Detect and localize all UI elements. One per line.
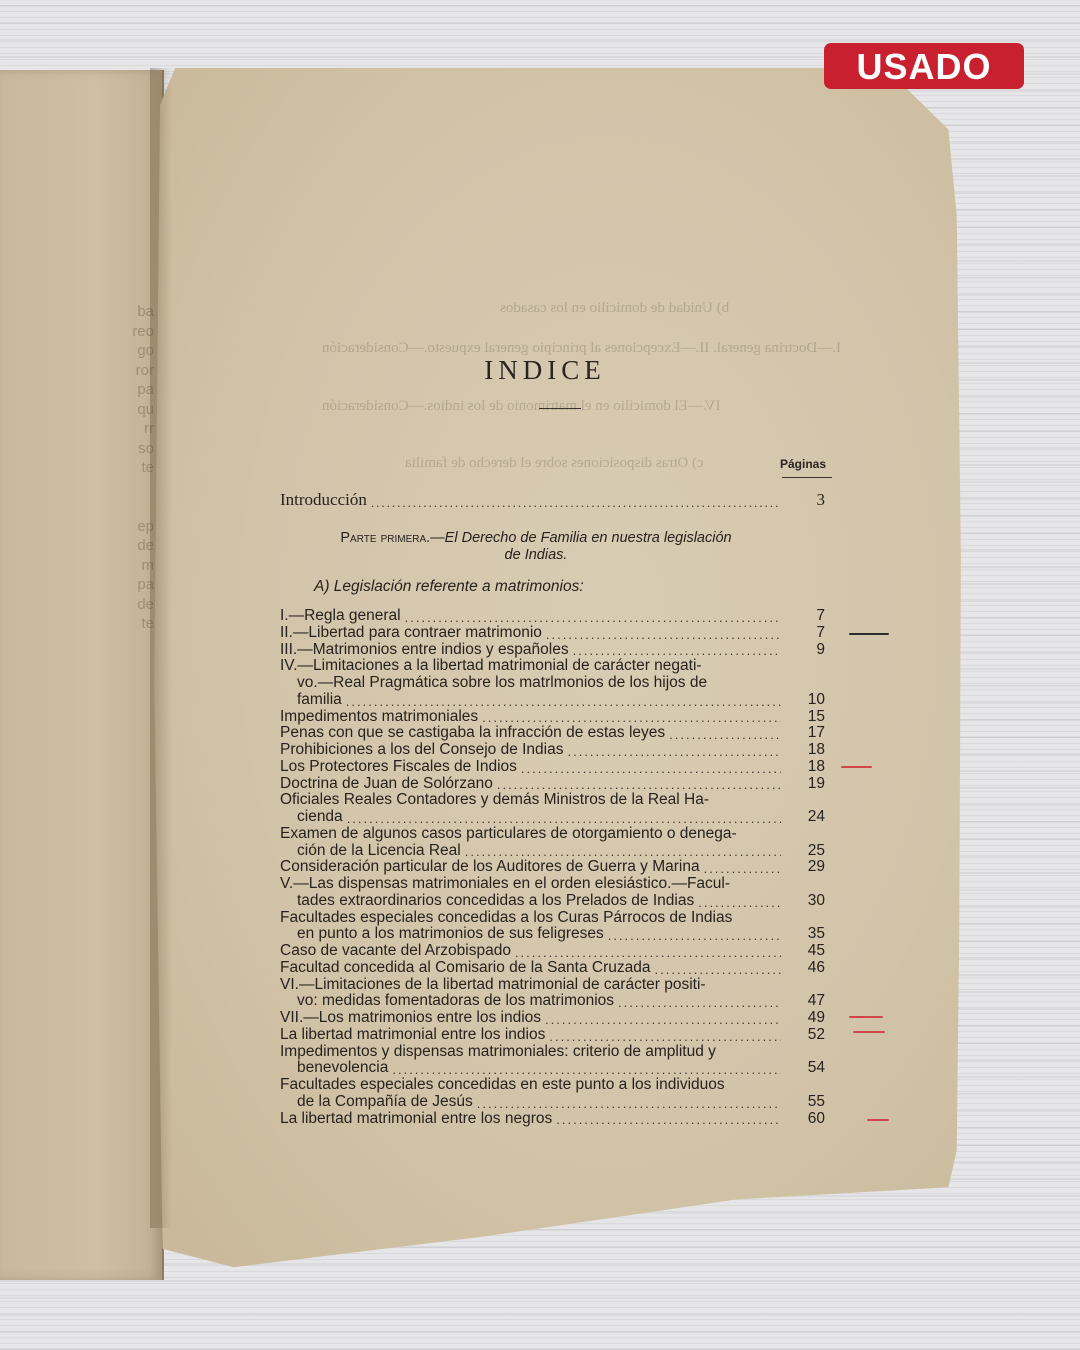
- toc-entry-page: 49: [785, 1010, 825, 1027]
- toc-entry-label: ción de la Licencia Real: [280, 843, 461, 860]
- toc-entry-label: VI.—Limitaciones de la libertad matrimon…: [280, 977, 706, 994]
- toc-entry-page: 19: [785, 776, 825, 793]
- margin-pen-mark: [853, 1031, 885, 1033]
- toc-entry-page: 18: [785, 742, 825, 759]
- leader-dots: ........................................…: [477, 1097, 781, 1111]
- toc-entry-label: IV.—Limitaciones a la libertad matrimoni…: [280, 658, 702, 675]
- page-title: INDICE: [430, 355, 660, 386]
- toc-entry-line: Los Protectores Fiscales de Indios......…: [280, 759, 825, 776]
- toc-entry-label: I.—Regla general: [280, 608, 401, 625]
- leader-dots: ........................................…: [521, 762, 781, 776]
- toc-entry-line: Facultad concedida al Comisario de la Sa…: [280, 960, 825, 977]
- toc-entry-label: vo.—Real Pragmática sobre los matrlmonio…: [280, 675, 707, 692]
- leader-dots: ........................................…: [371, 496, 781, 510]
- toc-entry-label: benevolencia: [280, 1060, 388, 1077]
- leader-dots: ........................................…: [556, 1113, 781, 1127]
- margin-pen-mark: [867, 1119, 889, 1121]
- toc-entry-page: 7: [785, 608, 825, 625]
- toc-entry-label: tades extraordinarios concedidas a los P…: [280, 893, 694, 910]
- leader-dots: ........................................…: [546, 628, 781, 642]
- leader-dots: ........................................…: [567, 745, 781, 759]
- toc-entry-line: V.—Las dispensas matrimoniales en el ord…: [280, 876, 825, 893]
- toc-entry-page: 17: [785, 725, 825, 742]
- toc-entry-line: Caso de vacante del Arzobispado.........…: [280, 943, 825, 960]
- toc-entry-line: IV.—Limitaciones a la libertad matrimoni…: [280, 658, 825, 675]
- toc-entry-label: Consideración particular de los Auditore…: [280, 859, 700, 876]
- leader-dots: ........................................…: [347, 812, 781, 826]
- leader-dots: ........................................…: [346, 695, 781, 709]
- toc-entry-label: VII.—Los matrimonios entre los indios: [280, 1010, 541, 1027]
- leader-dots: ........................................…: [573, 644, 781, 658]
- section-heading: A) Legislación referente a matrimonios:: [314, 578, 584, 596]
- toc-entry-line: vo: medidas fomentadoras de los matrimon…: [280, 993, 825, 1010]
- leader-dots: ........................................…: [698, 896, 781, 910]
- book-gutter: [150, 68, 172, 1228]
- toc-entry-label: Impedimentos y dispensas matrimoniales: …: [280, 1044, 716, 1061]
- leader-dots: ........................................…: [655, 963, 782, 977]
- toc-entry-line: tades extraordinarios concedidas a los P…: [280, 893, 825, 910]
- toc-entry-line: Facultades especiales concedidas a los C…: [280, 910, 825, 927]
- toc-entry-label: Examen de algunos casos particulares de …: [280, 826, 737, 843]
- leader-dots: ........................................…: [549, 1030, 781, 1044]
- toc-entry-page: 24: [785, 809, 825, 826]
- toc-entry-page: 29: [785, 859, 825, 876]
- toc-entry-line: vo.—Real Pragmática sobre los matrlmonio…: [280, 675, 825, 692]
- toc-entry-label: de la Compañía de Jesús: [280, 1094, 473, 1111]
- toc-entry-label: en punto a los matrimonios de sus feligr…: [280, 926, 604, 943]
- toc-entry-label: Impedimentos matrimoniales: [280, 709, 478, 726]
- toc-entry-label: Facultades especiales concedidas en este…: [280, 1077, 725, 1094]
- leader-dots: ........................................…: [392, 1063, 781, 1077]
- part-title-line2: de Indias.: [505, 547, 568, 563]
- toc-entry-page: 30: [785, 893, 825, 910]
- toc-entry-label: Doctrina de Juan de Solórzano: [280, 776, 493, 793]
- toc-entry-page: 7: [785, 625, 825, 642]
- leader-dots: ........................................…: [482, 711, 781, 725]
- margin-pen-mark: [841, 766, 872, 768]
- toc-entry-page: 18: [785, 759, 825, 776]
- margin-pen-mark: [849, 633, 889, 635]
- toc-entry-line: II.—Libertad para contraer matrimonio...…: [280, 625, 825, 642]
- toc-entry-line: Facultades especiales concedidas en este…: [280, 1077, 825, 1094]
- toc-entry-label: cienda: [280, 809, 343, 826]
- toc-entries: I.—Regla general........................…: [280, 608, 825, 1127]
- toc-entry-label: Facultad concedida al Comisario de la Sa…: [280, 960, 651, 977]
- leader-dots: ........................................…: [405, 611, 781, 625]
- toc-entry-line: I.—Regla general........................…: [280, 608, 825, 625]
- toc-entry-line: VI.—Limitaciones de la libertad matrimon…: [280, 977, 825, 994]
- leader-dots: ........................................…: [465, 845, 781, 859]
- toc-entry-line: de la Compañía de Jesús.................…: [280, 1094, 825, 1111]
- toc-entry-line: III.—Matrimonios entre indios y españole…: [280, 642, 825, 659]
- toc-entry-page: 54: [785, 1060, 825, 1077]
- toc-entry-label: II.—Libertad para contraer matrimonio: [280, 625, 542, 642]
- leader-dots: ........................................…: [608, 929, 781, 943]
- show-through-text: IV.—El domicilio en el matrimonio de los…: [322, 398, 720, 415]
- toc-entry-label: Los Protectores Fiscales de Indios: [280, 759, 517, 776]
- used-condition-badge: USADO: [824, 43, 1024, 89]
- toc-entry-line: cienda..................................…: [280, 809, 825, 826]
- toc-entry-page: 60: [785, 1111, 825, 1128]
- toc-entry-label: Oficiales Reales Contadores y demás Mini…: [280, 792, 709, 809]
- toc-entry-label: Introducción: [280, 490, 367, 510]
- toc-entry-line: Doctrina de Juan de Solórzano...........…: [280, 776, 825, 793]
- toc-entry-page: 25: [785, 843, 825, 860]
- leader-dots: ........................................…: [618, 996, 781, 1010]
- toc-entry-line: La libertad matrimonial entre los negros…: [280, 1111, 825, 1128]
- toc-entry-label: La libertad matrimonial entre los indios: [280, 1027, 545, 1044]
- toc-entry-label: III.—Matrimonios entre indios y españole…: [280, 642, 569, 659]
- toc-entry-page: 46: [785, 960, 825, 977]
- toc-entry-label: Penas con que se castigaba la infracción…: [280, 725, 665, 742]
- margin-pen-mark: [849, 1016, 883, 1018]
- leader-dots: ........................................…: [515, 946, 781, 960]
- toc-entry-page: 15: [785, 709, 825, 726]
- toc-entry-label: La libertad matrimonial entre los negros: [280, 1111, 552, 1128]
- toc-entry-label: Caso de vacante del Arzobispado: [280, 943, 511, 960]
- part-heading: Parte primera.—El Derecho de Familia en …: [296, 530, 776, 564]
- toc-entry-line: VII.—Los matrimonios entre los indios...…: [280, 1010, 825, 1027]
- toc-entry-page: 55: [785, 1094, 825, 1111]
- toc-entry-line: Oficiales Reales Contadores y demás Mini…: [280, 792, 825, 809]
- toc-entry-line: benevolencia............................…: [280, 1060, 825, 1077]
- part-prefix: Parte primera.: [340, 530, 430, 546]
- toc-entry-line: Penas con que se castigaba la infracción…: [280, 725, 825, 742]
- leader-dots: ........................................…: [669, 728, 781, 742]
- left-page: bareogororpaqurrsote epdempadete: [0, 70, 164, 1280]
- title-underline: [539, 408, 581, 409]
- toc-entry-label: Prohibiciones a los del Consejo de India…: [280, 742, 563, 759]
- toc-entry-line: en punto a los matrimonios de sus feligr…: [280, 926, 825, 943]
- toc-entry-page: 35: [785, 926, 825, 943]
- show-through-text: c) Otras disposiciones sobre el derecho …: [405, 455, 704, 472]
- leader-dots: ........................................…: [704, 862, 781, 876]
- toc-entry-label: Facultades especiales concedidas a los C…: [280, 910, 732, 927]
- toc-entry-page: 47: [785, 993, 825, 1010]
- toc-entry-label: familia: [280, 692, 342, 709]
- part-title-line1: —El Derecho de Familia en nuestra legisl…: [430, 530, 731, 546]
- toc-entry-line: Impedimentos matrimoniales..............…: [280, 709, 825, 726]
- toc-entry-line: Impedimentos y dispensas matrimoniales: …: [280, 1044, 825, 1061]
- leader-dots: ........................................…: [497, 778, 781, 792]
- toc-entry-page: 10: [785, 692, 825, 709]
- toc-entry-line: ción de la Licencia Real................…: [280, 843, 825, 860]
- toc-entry-label: vo: medidas fomentadoras de los matrimon…: [280, 993, 614, 1010]
- toc-entry-line: Prohibiciones a los del Consejo de India…: [280, 742, 825, 759]
- toc-entry-line: La libertad matrimonial entre los indios…: [280, 1027, 825, 1044]
- toc-entry-page: 52: [785, 1027, 825, 1044]
- show-through-text: b) Unidad de domicilio en los casados: [500, 300, 729, 317]
- toc-entry-introduction: Introducción ...........................…: [280, 490, 825, 510]
- toc-entry-line: familia.................................…: [280, 692, 825, 709]
- leader-dots: ........................................…: [545, 1013, 781, 1027]
- toc-entry-page: 3: [785, 490, 825, 510]
- pages-header-underline: [782, 477, 832, 478]
- toc-entry-page: 9: [785, 642, 825, 659]
- toc-entry-line: Examen de algunos casos particulares de …: [280, 826, 825, 843]
- toc-entry-line: Consideración particular de los Auditore…: [280, 859, 825, 876]
- toc-entry-page: 45: [785, 943, 825, 960]
- pages-column-header: Páginas: [780, 457, 826, 471]
- toc-entry-label: V.—Las dispensas matrimoniales en el ord…: [280, 876, 730, 893]
